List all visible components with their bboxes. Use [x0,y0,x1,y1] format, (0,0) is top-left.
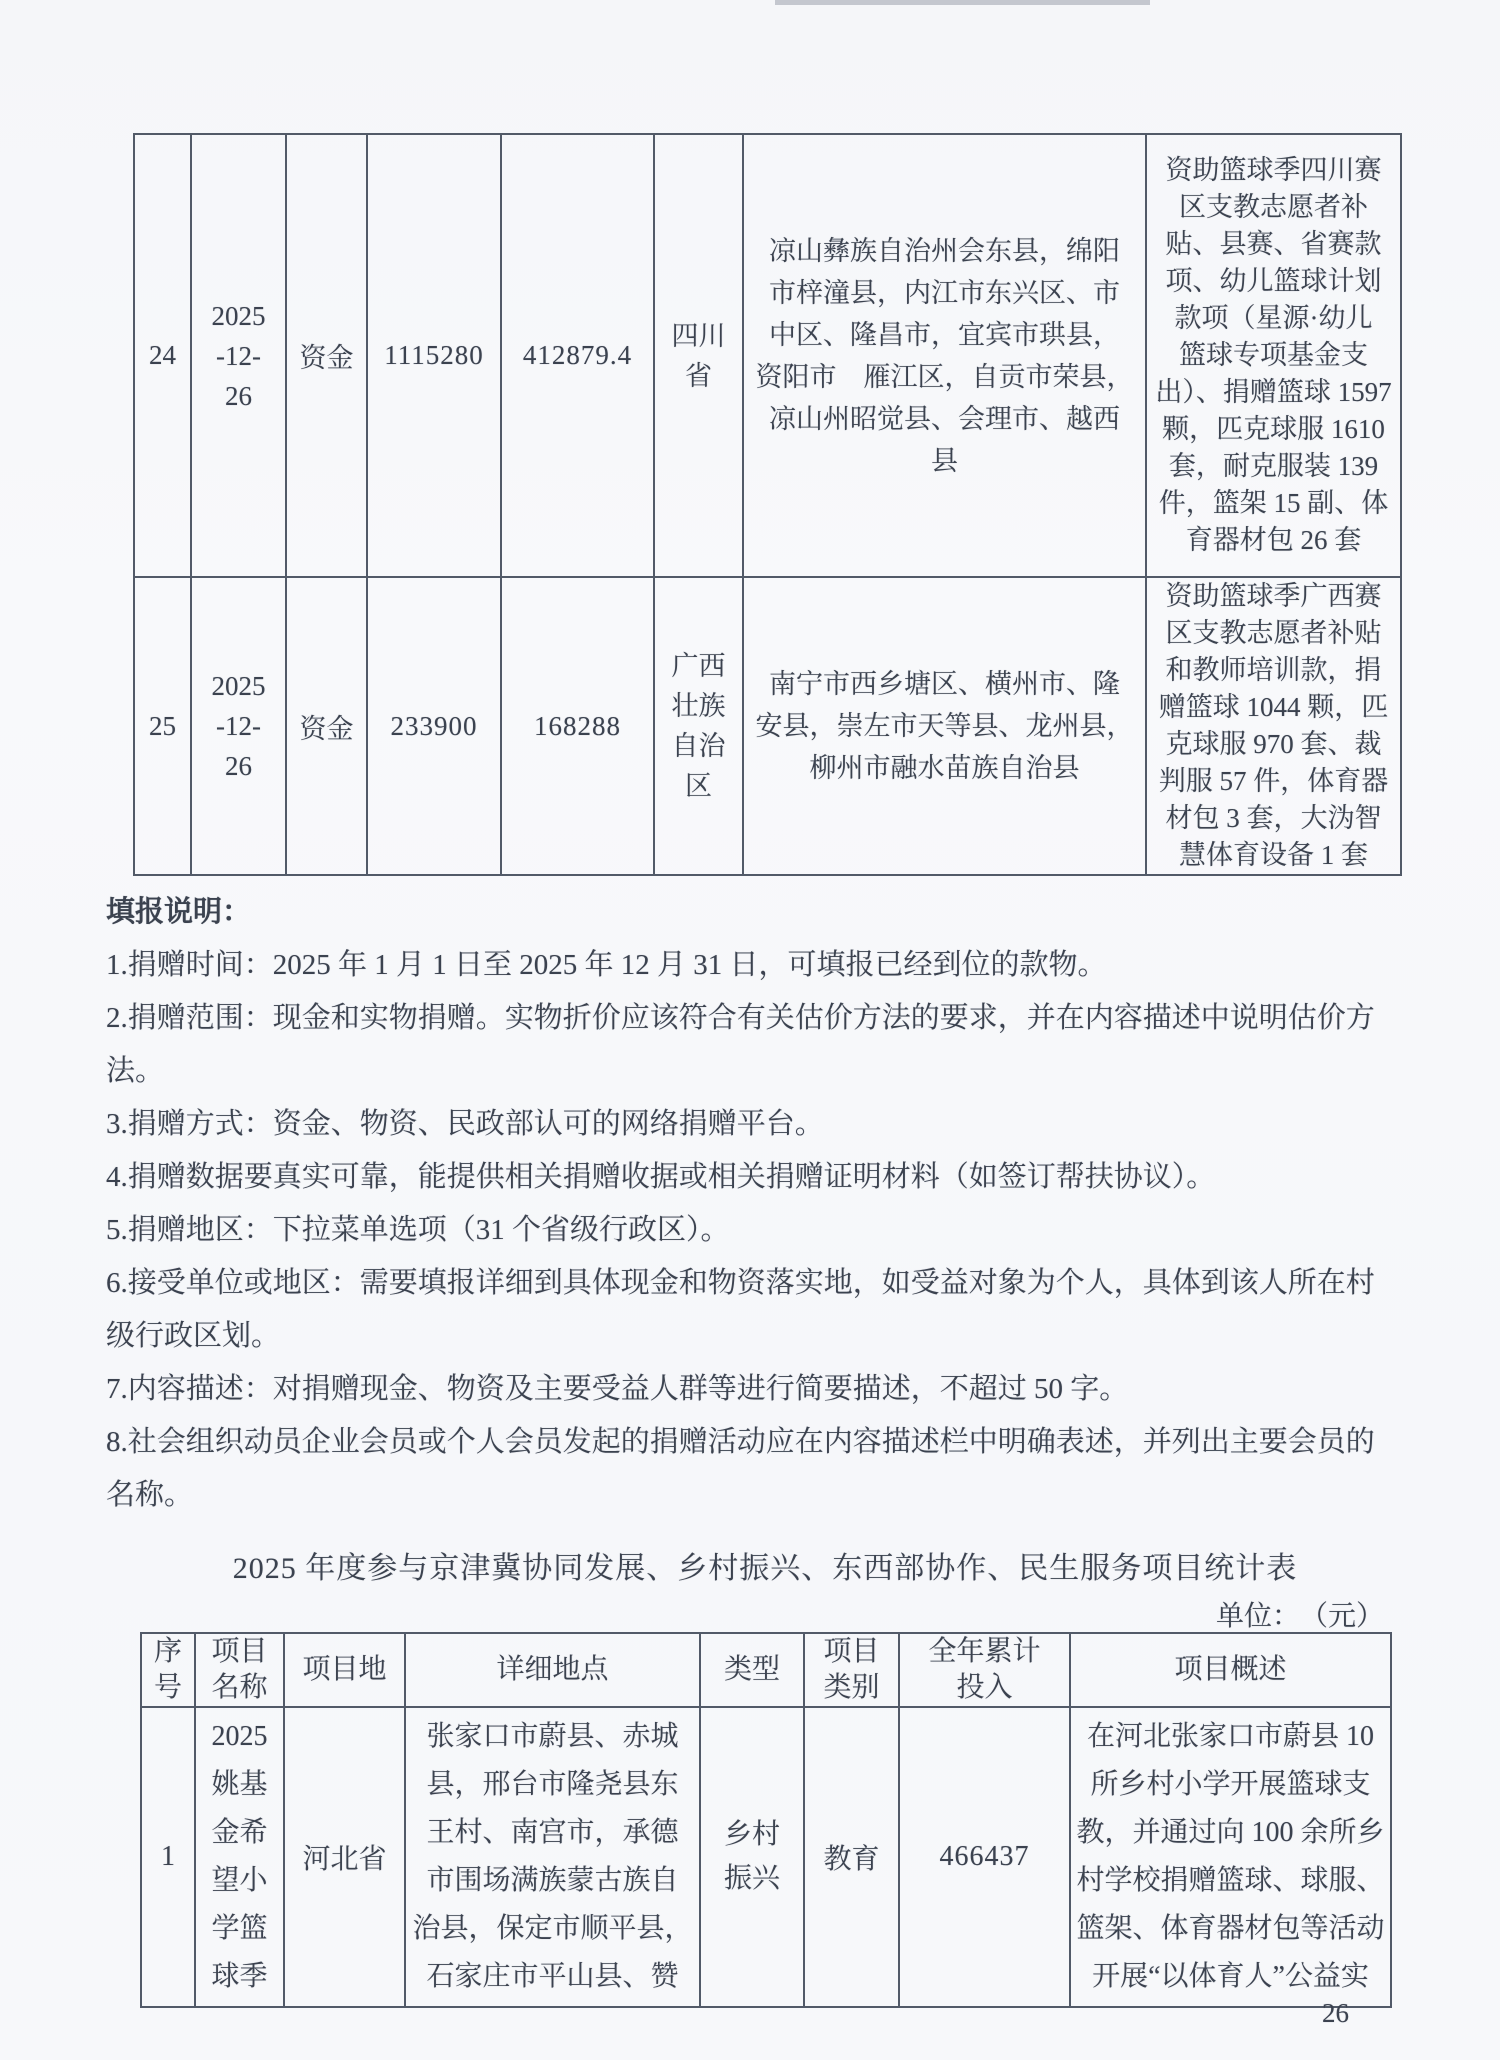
seq-cell: 24 [134,134,191,577]
note-item-6: 6.接受单位或地区：需要填报详细到具体现金和物资落实地，如受益对象为个人，具体到… [106,1257,1456,1363]
project-locations-cell: 张家口市蔚县、赤城 县，邢台市隆尧县东 王村、南宫市，承德 市围场满族蒙古族自 … [405,1707,700,2007]
project-header-row: 序 号 项目 名称 项目地 详细地点 类型 项目 类别 全年累计 投入 项目概述 [141,1633,1391,1707]
region-cell: 广西 壮族 自治 区 [654,577,743,875]
note-item-3: 3.捐赠方式：资金、物资、民政部认可的网络捐赠平台。 [106,1098,1456,1151]
project-name-cell: 2025 姚基 金希 望小 学篮 球季 [195,1707,284,2007]
note-item-2: 2.捐赠范围：现金和实物捐赠。实物折价应该符合有关估价方法的要求，并在内容描述中… [106,992,1456,1098]
donation-table: 24 2025 -12- 26 资金 1115280 412879.4 四川 省… [133,133,1402,876]
amount2-cell: 412879.4 [501,134,654,577]
project-type-cell: 乡村 振兴 [700,1707,804,2007]
project-investment-cell: 466437 [899,1707,1070,2007]
header-name: 项目 名称 [195,1633,284,1707]
amount-cell: 233900 [367,577,501,875]
project-category-cell: 教育 [804,1707,899,2007]
note-item-8: 8.社会组织动员企业会员或个人会员发起的捐赠活动应在内容描述栏中明确表述，并列出… [106,1416,1456,1522]
locations-cell: 南宁市西乡塘区、横州市、隆 安县，崇左市天等县、龙州县， 柳州市融水苗族自治县 [743,577,1146,875]
date-cell: 2025 -12- 26 [191,134,286,577]
amount2-cell: 168288 [501,577,654,875]
seq-cell: 25 [134,577,191,875]
header-type: 类型 [700,1633,804,1707]
project-place-cell: 河北省 [284,1707,405,2007]
method-cell: 资金 [286,134,367,577]
amount-cell: 1115280 [367,134,501,577]
note-item-1: 1.捐赠时间：2025 年 1 月 1 日至 2025 年 12 月 31 日，… [106,939,1456,992]
notes-section: 填报说明： 1.捐赠时间：2025 年 1 月 1 日至 2025 年 12 月… [106,886,1456,1522]
notes-heading: 填报说明： [106,886,1456,939]
header-category: 项目 类别 [804,1633,899,1707]
scanned-document-page: 24 2025 -12- 26 资金 1115280 412879.4 四川 省… [0,0,1500,2060]
description-cell: 资助篮球季广西赛 区支教志愿者补贴 和教师培训款，捐 赠篮球 1044 颗，匹 … [1146,577,1401,875]
note-item-4: 4.捐赠数据要真实可靠，能提供相关捐赠收据或相关捐赠证明材料（如签订帮扶协议）。 [106,1151,1456,1204]
unit-label: 单位： （元） [140,1594,1390,1634]
project-row-1: 1 2025 姚基 金希 望小 学篮 球季 河北省 张家口市蔚县、赤城 县，邢台… [141,1707,1391,2007]
description-cell: 资助篮球季四川赛 区支教志愿者补 贴、县赛、省赛款 项、幼儿篮球计划 款项（星源… [1146,134,1401,577]
header-summary: 项目概述 [1070,1633,1391,1707]
header-investment: 全年累计 投入 [899,1633,1070,1707]
donation-row-25: 25 2025 -12- 26 资金 233900 168288 广西 壮族 自… [134,577,1401,875]
method-cell: 资金 [286,577,367,875]
project-table-title: 2025 年度参与京津冀协同发展、乡村振兴、东西部协作、民生服务项目统计表 [140,1543,1390,1587]
header-place: 项目地 [284,1633,405,1707]
date-cell: 2025 -12- 26 [191,577,286,875]
note-item-5: 5.捐赠地区：下拉菜单选项（31 个省级行政区）。 [106,1204,1456,1257]
locations-cell: 凉山彝族自治州会东县，绵阳 市梓潼县，内江市东兴区、市 中区、隆昌市，宜宾市珙县… [743,134,1146,577]
page-number: 26 [1322,1998,1349,2029]
header-locations: 详细地点 [405,1633,700,1707]
region-cell: 四川 省 [654,134,743,577]
note-item-7: 7.内容描述：对捐赠现金、物资及主要受益人群等进行简要描述，不超过 50 字。 [106,1363,1456,1416]
header-seq: 序 号 [141,1633,195,1707]
project-summary-cell: 在河北张家口市蔚县 10 所乡村小学开展篮球支 教，并通过向 100 余所乡 村… [1070,1707,1391,2007]
donation-row-24: 24 2025 -12- 26 资金 1115280 412879.4 四川 省… [134,134,1401,577]
scan-artifact-line [775,0,1150,5]
seq-cell: 1 [141,1707,195,2007]
project-table: 序 号 项目 名称 项目地 详细地点 类型 项目 类别 全年累计 投入 项目概述… [140,1632,1392,2008]
